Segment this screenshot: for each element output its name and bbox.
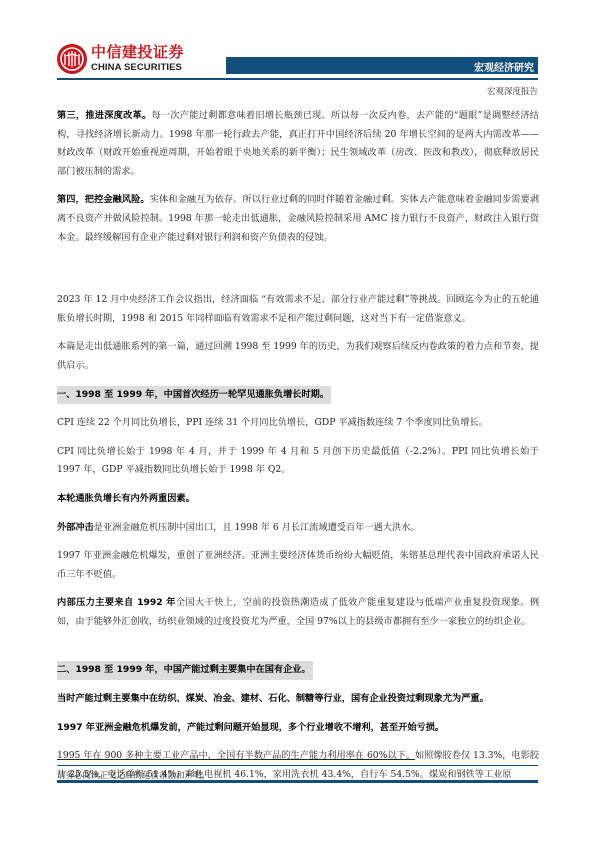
citic-logo-icon (57, 44, 87, 74)
paragraph-pre-crisis-overcapacity: 1997 年亚洲金融危机爆发前，产能过剩问题开始显现，多个行业增收不增利，甚至开… (57, 719, 539, 738)
paragraph-internal-pressure: 内部压力主要来自 1992 年全国大干快上，空前的投资热潮造成了低效产能重复建设… (57, 594, 539, 631)
header-section-bar: 宏观经济研究 (226, 57, 538, 74)
paragraph-text: 是亚洲金融危机压制中国出口，且 1998 年 6 月长江流域遭受百年一遇大洪水。 (94, 522, 420, 533)
paragraph-negative-growth-stats: CPI 连续 22 个月同比负增长，PPI 连续 31 个月同比负增长，GDP … (57, 414, 539, 433)
paragraph-asian-crisis: 1997 年亚洲金融危机爆发，重创了亚洲经济。亚洲主要经济体货币纷纷大幅贬值，朱… (57, 547, 539, 584)
document-body: 第三，推进深度改革。每一次产能过剩都意味着旧增长瓶颈已现。所以每一次反内卷，去产… (57, 107, 539, 784)
heading-text: 一、1998 至 1999 年，中国首次经历一轮罕见通胀负增长时期。 (57, 386, 331, 405)
section-label: 宏观经济研究 (474, 59, 534, 74)
bold-text: 当时产能过剩主要集中在纺织、煤炭、冶金、建材、石化、制糖等行业，国有企业投资过剩… (57, 693, 489, 704)
paragraph-external-shock: 外部冲击是亚洲金融危机压制中国出口，且 1998 年 6 月长江流域遭受百年一遇… (57, 519, 539, 538)
paragraph-series-intro: 本篇是走出低通胀系列的第一篇，通过回溯 1998 至 1999 年的历史，为我们… (57, 338, 539, 375)
paragraph-negative-growth-start: CPI 同比负增长始于 1998 年 4 月，并于 1999 年 4 月和 5 … (57, 443, 539, 480)
bold-lead: 第三，推进深度改革。 (57, 110, 151, 121)
bold-text: 本轮通胀负增长有内外两重因素。 (57, 493, 195, 504)
logo-chinese-name: 中信建投证券 (91, 45, 184, 60)
section-heading-1: 一、1998 至 1999 年，中国首次经历一轮罕见通胀负增长时期。 (57, 386, 539, 405)
footer-divider (57, 765, 538, 766)
header-divider (57, 78, 538, 80)
paragraph-overcapacity-sectors: 当时产能过剩主要集中在纺织、煤炭、冶金、建材、石化、制糖等行业，国有企业投资过剩… (57, 690, 539, 709)
logo-english-name: CHINA SECURITIES (91, 63, 184, 73)
bold-text: 1997 年亚洲金融危机爆发前，产能过剩问题开始显现，多个行业增收不增利，甚至开… (57, 722, 444, 733)
footer-bar (57, 780, 538, 783)
bold-lead: 内部压力主要来自 1992 年 (57, 597, 176, 608)
report-type-label: 宏观深度报告 (487, 85, 538, 97)
bold-lead: 第四，把控金融风险。 (57, 194, 150, 205)
bold-lead: 外部冲击 (57, 522, 94, 533)
paragraph-financial-risk: 第四，把控金融风险。实体和金融互为依存。所以行业过剩的同时伴随着金融过剩。实体去… (57, 191, 539, 247)
underlined-text: 1995 年在 900 多种主要工业产品中，全国有半数产品的生产能力利用率在 6… (57, 750, 415, 761)
section-heading-2: 二、1998 至 1999 年，中国产能过剩主要集中在国有企业。 (57, 661, 539, 680)
paragraph-two-factors: 本轮通胀负增长有内外两重因素。 (57, 490, 539, 509)
company-logo: 中信建投证券 CHINA SECURITIES (57, 42, 184, 76)
heading-text: 二、1998 至 1999 年，中国产能过剩主要集中在国有企业。 (57, 661, 313, 680)
paragraph-deep-reform: 第三，推进深度改革。每一次产能过剩都意味着旧增长瓶颈已现。所以每一次反内卷，去产… (57, 107, 539, 181)
paragraph-intro: 2023 年 12 月中央经济工作会议指出，经济面临 “有效需求不足、部分行业产… (57, 291, 539, 328)
